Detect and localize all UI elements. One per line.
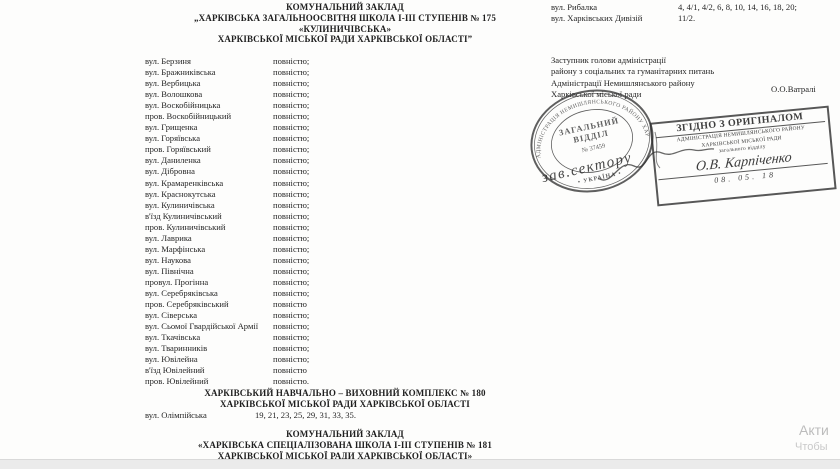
street-coverage: повністю;: [273, 310, 309, 321]
signature-line: Заступник голови адміністрації: [551, 55, 714, 66]
street-name: вул. Горяївська: [145, 133, 273, 144]
street-coverage: повністю;: [273, 166, 309, 177]
street-name: вул. Крамаренківська: [145, 178, 273, 189]
street-row: вул. Дібровна повністю;: [145, 166, 309, 177]
street-row: вул. Берзиня повністю;: [145, 56, 309, 67]
street-row: пров. Воскобійницький повністю;: [145, 111, 309, 122]
street-name: вул. Серебряківська: [145, 288, 273, 299]
street-coverage: повністю;: [273, 133, 309, 144]
street-row: вул. Лаврика повністю;: [145, 233, 309, 244]
street-name: пров. Серебряківський: [145, 299, 273, 310]
street-coverage: повністю;: [273, 211, 309, 222]
activation-watermark-line1: Акти: [799, 422, 829, 438]
street-name: вул. Північна: [145, 266, 273, 277]
street-row: вул. Північна повністю;: [145, 266, 309, 277]
official-name: О.О.Ватралі: [771, 84, 816, 94]
street-name: вул. Даниленка: [145, 155, 273, 166]
street-row: вул. Наукова повністю;: [145, 255, 309, 266]
street-row: вул. Ткачівська повністю;: [145, 332, 309, 343]
street-name: вул. Наукова: [145, 255, 273, 266]
signature-line: району з соціальних та гуманітарних пита…: [551, 66, 714, 77]
school-175-header: КОМУНАЛЬНИЙ ЗАКЛАД „ХАРКІВСЬКА ЗАГАЛЬНОО…: [128, 2, 562, 45]
street-row: вул. Сьомої Гвардійської Армії повністю;: [145, 321, 309, 332]
street-coverage: повністю: [273, 299, 307, 310]
street-name: вул. Лаврика: [145, 233, 273, 244]
street-name: вул. Кулиничівська: [145, 200, 273, 211]
street-row: вул. Горяївська повністю;: [145, 133, 309, 144]
street-name: пров. Ювілейний: [145, 376, 273, 387]
street-coverage: повністю;: [273, 354, 309, 365]
street-row: вул. Сіверська повністю;: [145, 310, 309, 321]
street-name: провул. Прогінна: [145, 277, 273, 288]
street-list: вул. Берзиня повністю; вул. Бражниківськ…: [145, 56, 309, 387]
school-180-address-row: вул. Олімпійська 19, 21, 23, 25, 29, 31,…: [145, 410, 356, 420]
street-coverage: повністю: [273, 365, 307, 376]
activation-watermark-line2: Чтобы: [795, 441, 828, 453]
street-row: вул. Грищенка повністю;: [145, 122, 309, 133]
street-name: пров. Воскобійницький: [145, 111, 273, 122]
street-coverage: повністю;: [273, 288, 309, 299]
street-name: вул. Олімпійська: [145, 410, 255, 420]
street-coverage: повністю;: [273, 255, 309, 266]
street-name: вул. Бражниківська: [145, 67, 273, 78]
street-row: вул. Волошкова повністю;: [145, 89, 309, 100]
street-coverage: повністю;: [273, 200, 309, 211]
street-coverage: повністю;: [273, 277, 309, 288]
street-row: провул. Прогінна повністю;: [145, 277, 309, 288]
street-row: пров. Горяївський повністю;: [145, 144, 309, 155]
street-coverage: повністю;: [273, 178, 309, 189]
header-line: «ХАРКІВСЬКА СПЕЦІАЛІЗОВАНА ШКОЛА І-ІІІ С…: [128, 440, 562, 451]
house-numbers: 4, 4/1, 4/2, 6, 8, 10, 14, 16, 18, 20;: [678, 2, 797, 13]
header-line: КОМУНАЛЬНИЙ ЗАКЛАД: [128, 429, 562, 440]
street-coverage: повністю;: [273, 78, 309, 89]
header-line: ХАРКІВСЬКОЇ МІСЬКОЇ РАДИ ХАРКІВСЬКОЇ ОБЛ…: [128, 34, 562, 45]
street-coverage: повністю;: [273, 155, 309, 166]
header-line: ХАРКІВСЬКОЇ МІСЬКОЇ РАДИ ХАРКІВСЬКОЇ ОБЛ…: [128, 399, 562, 410]
street-coverage: повністю;: [273, 122, 309, 133]
street-name: вул. Сьомої Гвардійської Армії: [145, 321, 273, 332]
street-coverage: повністю;: [273, 189, 309, 200]
street-row: пров. Кулиничівський повністю;: [145, 222, 309, 233]
street-name: в'їзд Ювілейний: [145, 365, 273, 376]
street-coverage: повністю;: [273, 244, 309, 255]
street-coverage: повністю;: [273, 67, 309, 78]
street-row: вул. Серебряківська повністю;: [145, 288, 309, 299]
header-line: КОМУНАЛЬНИЙ ЗАКЛАД: [128, 2, 562, 13]
house-numbers: 11/2.: [678, 13, 695, 24]
street-coverage: повністю;: [273, 343, 309, 354]
street-row: вул. Вербицька повністю;: [145, 78, 309, 89]
street-name: вул. Ювілейна: [145, 354, 273, 365]
street-name: вул. Воскобійницька: [145, 100, 273, 111]
school-180-header: ХАРКІВСЬКИЙ НАВЧАЛЬНО – ВИХОВНИЙ КОМПЛЕК…: [128, 388, 562, 410]
street-coverage: повністю;: [273, 332, 309, 343]
address-row: вул. Рибалка 4, 4/1, 4/2, 6, 8, 10, 14, …: [551, 2, 797, 13]
street-row: вул. Крамаренківська повністю;: [145, 178, 309, 189]
header-line: «КУЛИНИЧІВСЬКА»: [128, 24, 562, 35]
street-coverage: повністю;: [273, 89, 309, 100]
street-name: вул. Волошкова: [145, 89, 273, 100]
street-row: пров. Ювілейний повністю.: [145, 376, 309, 387]
document-page: КОМУНАЛЬНИЙ ЗАКЛАД „ХАРКІВСЬКА ЗАГАЛЬНОО…: [0, 0, 840, 469]
street-name: вул. Берзиня: [145, 56, 273, 67]
street-name: вул. Тваринників: [145, 343, 273, 354]
street-name: вул. Ткачівська: [145, 332, 273, 343]
street-coverage: повністю;: [273, 321, 309, 332]
street-coverage: повністю;: [273, 111, 309, 122]
street-name: вул. Грищенка: [145, 122, 273, 133]
header-line: „ХАРКІВСЬКА ЗАГАЛЬНООСВІТНЯ ШКОЛА І-ІІІ …: [128, 13, 562, 24]
street-name: вул. Краснокутська: [145, 189, 273, 200]
street-name: вул. Рибалка: [551, 2, 678, 13]
street-coverage: повністю;: [273, 100, 309, 111]
street-coverage: повністю.: [273, 376, 309, 387]
street-coverage: повністю;: [273, 56, 309, 67]
street-row: вул. Кулиничівська повністю;: [145, 200, 309, 211]
street-row: в'їзд Ювілейний повністю: [145, 365, 309, 376]
house-numbers: 19, 21, 23, 25, 29, 31, 33, 35.: [255, 410, 356, 420]
street-row: вул. Воскобійницька повністю;: [145, 100, 309, 111]
certification-stamp: ЗГІДНО З ОРИГІНАЛОМ АДМІНІСТРАЦІЯ НЕМИШЛ…: [649, 106, 836, 207]
street-row: вул. Краснокутська повністю;: [145, 189, 309, 200]
street-row: вул. Марфінська повністю;: [145, 244, 309, 255]
street-row: вул. Бражниківська повністю;: [145, 67, 309, 78]
right-address-list: вул. Рибалка 4, 4/1, 4/2, 6, 8, 10, 14, …: [551, 2, 797, 24]
street-row: вул. Даниленка повністю;: [145, 155, 309, 166]
street-name: в'їзд Кулиничівський: [145, 211, 273, 222]
street-name: вул. Марфінська: [145, 244, 273, 255]
street-coverage: повністю;: [273, 266, 309, 277]
street-name: вул. Дібровна: [145, 166, 273, 177]
street-name: вул. Харківських Дивізій: [551, 13, 678, 24]
street-coverage: повністю;: [273, 222, 309, 233]
street-row: в'їзд Кулиничівський повністю;: [145, 211, 309, 222]
bottom-scrollbar[interactable]: [0, 459, 840, 469]
round-stamp-number: № 37459: [581, 142, 606, 154]
street-coverage: повністю;: [273, 233, 309, 244]
street-coverage: повністю;: [273, 144, 309, 155]
school-181-header: КОМУНАЛЬНИЙ ЗАКЛАД «ХАРКІВСЬКА СПЕЦІАЛІЗ…: [128, 429, 562, 461]
street-name: вул. Вербицька: [145, 78, 273, 89]
street-row: пров. Серебряківський повністю: [145, 299, 309, 310]
street-row: вул. Ювілейна повністю;: [145, 354, 309, 365]
address-row: вул. Харківських Дивізій 11/2.: [551, 13, 797, 24]
street-name: пров. Кулиничівський: [145, 222, 273, 233]
street-name: вул. Сіверська: [145, 310, 273, 321]
street-row: вул. Тваринників повністю;: [145, 343, 309, 354]
street-name: пров. Горяївський: [145, 144, 273, 155]
header-line: ХАРКІВСЬКИЙ НАВЧАЛЬНО – ВИХОВНИЙ КОМПЛЕК…: [128, 388, 562, 399]
